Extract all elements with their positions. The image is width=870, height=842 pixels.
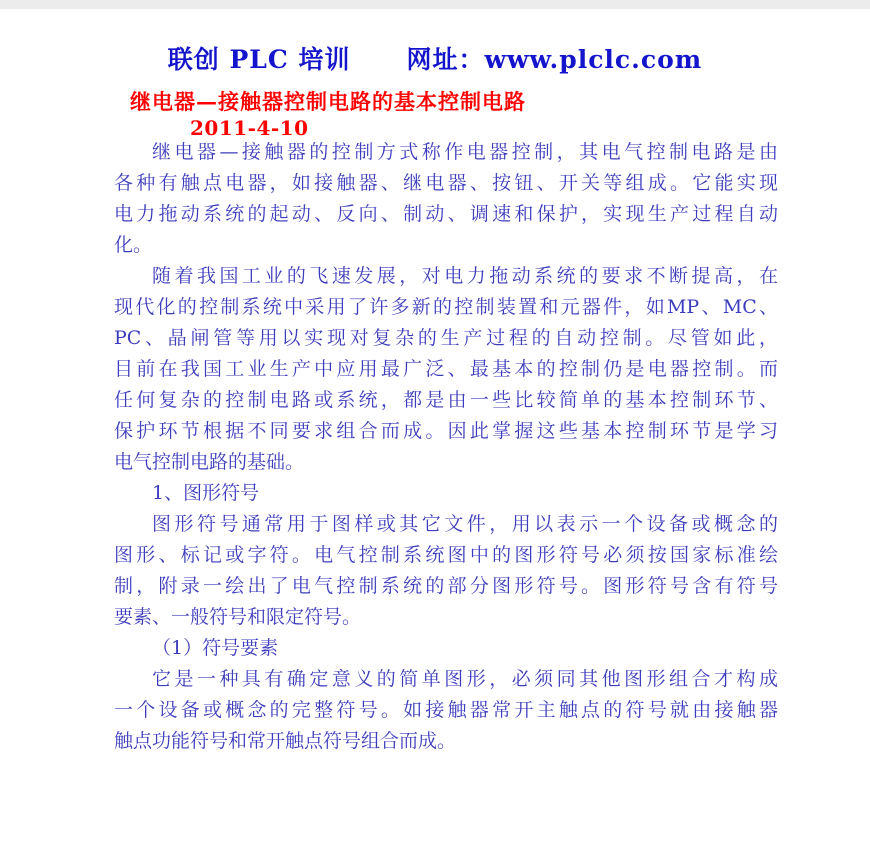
document-page: 联创 PLC 培训 网址： www.plclc.com 继电器—接触器控制电路的… <box>0 0 870 842</box>
paragraph-line: 制，附录一绘出了电气控制系统的部分图形符号。图形符号含有符号 <box>114 571 778 602</box>
paragraph-line: PC、晶闸管等用以实现对复杂的生产过程的自动控制。尽管如此， <box>114 323 778 354</box>
site-url[interactable]: www.plclc.com <box>484 45 702 74</box>
paragraph-line: 保护环节根据不同要求组合而成。因此掌握这些基本控制环节是学习 <box>114 416 778 447</box>
paragraph-line: 图形符号通常用于图样或其它文件，用以表示一个设备或概念的 <box>114 509 778 540</box>
paragraph-line: 电力拖动系统的起动、反向、制动、调速和保护，实现生产过程自动 <box>114 199 778 230</box>
site-address-label: 网址： <box>406 40 484 76</box>
article-title: 继电器—接触器控制电路的基本控制电路 <box>130 86 526 116</box>
article-body: 继电器—接触器的控制方式称作电器控制，其电气控制电路是由各种有触点电器，如接触器… <box>114 137 778 757</box>
site-address: 网址： www.plclc.com <box>406 40 702 76</box>
paragraph-line: 继电器—接触器的控制方式称作电器控制，其电气控制电路是由 <box>114 137 778 168</box>
document-header: 联创 PLC 培训 网址： www.plclc.com <box>0 40 870 76</box>
paragraph-line: 随着我国工业的飞速发展，对电力拖动系统的要求不断提高，在 <box>114 261 778 292</box>
paragraph-line: 一个设备或概念的完整符号。如接触器常开主触点的符号就由接触器 <box>114 695 778 726</box>
paragraph-line: 电气控制电路的基础。 <box>114 447 778 478</box>
page-top-edge <box>0 0 870 9</box>
paragraph-line: 各种有触点电器，如接触器、继电器、按钮、开关等组成。它能实现 <box>114 168 778 199</box>
paragraph-line: 触点功能符号和常开触点符号组合而成。 <box>114 726 778 757</box>
paragraph-line: 它是一种具有确定意义的简单图形，必须同其他图形组合才构成 <box>114 664 778 695</box>
paragraph-line: 目前在我国工业生产中应用最广泛、最基本的控制仍是电器控制。而 <box>114 354 778 385</box>
paragraph-line: 任何复杂的控制电路或系统，都是由一些比较简单的基本控制环节、 <box>114 385 778 416</box>
paragraph-line: 现代化的控制系统中采用了许多新的控制装置和元器件，如MP、MC、 <box>114 292 778 323</box>
section-heading: （1）符号要素 <box>114 633 778 664</box>
section-heading: 1、图形符号 <box>114 478 778 509</box>
paragraph-line: 化。 <box>114 230 778 261</box>
paragraph-line: 图形、标记或字符。电气控制系统图中的图形符号必须按国家标准绘 <box>114 540 778 571</box>
brand-title: 联创 PLC 培训 <box>168 40 351 76</box>
paragraph-line: 要素、一般符号和限定符号。 <box>114 602 778 633</box>
